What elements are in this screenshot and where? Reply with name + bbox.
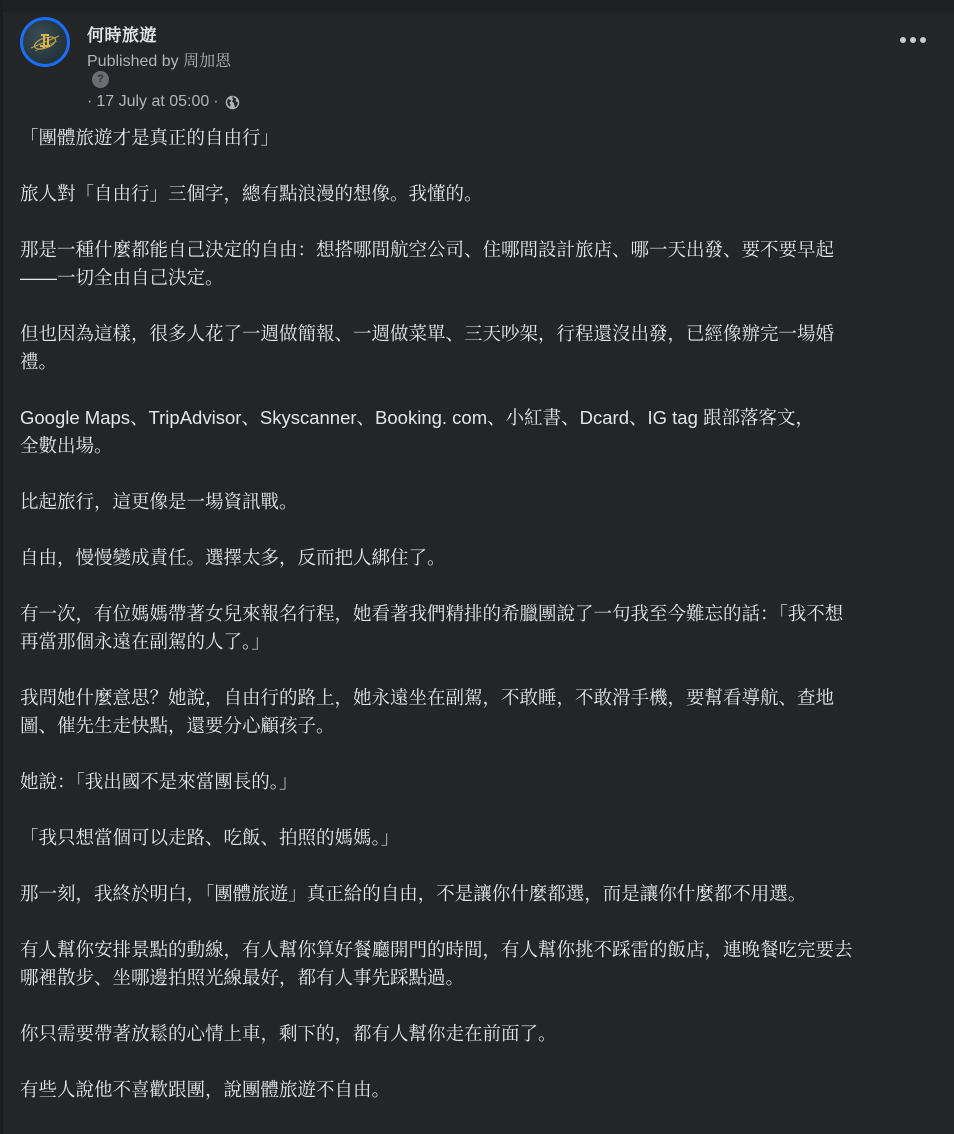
post-paragraph: 我問她什麼意思？她說，自由行的路上，她永遠坐在副駕，不敢睡，不敢滑手機，要幫看導…	[20, 684, 935, 740]
separator-dot: ·	[87, 93, 92, 111]
post-paragraph: 有人幫你安排景點的動線，有人幫你算好餐廳開門的時間，有人幫你挑不踩雷的飯店，連晚…	[20, 936, 935, 992]
published-by-label[interactable]: Published by 周加恩	[87, 48, 231, 71]
post-paragraph: 你只需要帶著放鬆的心情上車，剩下的，都有人幫你走在前面了。	[20, 1020, 935, 1048]
post-paragraph: 比起旅行，這更像是一場資訊戰。	[20, 488, 935, 516]
post-paragraph: 那一刻，我終於明白，「團體旅遊」真正給的自由，不是讓你什麼都選，而是讓你什麼都不…	[20, 880, 935, 908]
post-paragraph: 那是一種什麼都能自己決定的自由：想搭哪間航空公司、住哪間設計旅店、哪一天出發、要…	[20, 236, 935, 292]
more-options-icon	[920, 37, 926, 43]
post-paragraph: Google Maps、TripAdvisor、Skyscanner、Booki…	[20, 404, 935, 460]
separator-dot: ·	[213, 93, 218, 111]
post-paragraph: 但也因為這樣，很多人花了一週做簡報、一週做菜單、三天吵架，行程還沒出發，已經像辦…	[20, 320, 935, 376]
post-paragraph: 有些人說他不喜歡跟團，說團體旅遊不自由。	[20, 1076, 935, 1104]
facebook-post: 何時旅遊 Published by 周加恩 ? · 17 July at 05:…	[3, 12, 954, 1134]
window-top-edge	[0, 0, 954, 12]
globe-icon[interactable]	[225, 95, 240, 110]
post-timestamp[interactable]: 17 July at 05:00	[96, 93, 209, 111]
post-paragraph: 旅人對「自由行」三個字，總有點浪漫的想像。我懂的。	[20, 180, 935, 208]
help-icon[interactable]: ?	[92, 71, 109, 88]
page-logo-icon	[23, 20, 67, 64]
post-body: 「團體旅遊才是真正的自由行」 旅人對「自由行」三個字，總有點浪漫的想像。我懂的。…	[20, 124, 935, 1132]
more-options-button[interactable]	[900, 32, 926, 48]
post-header: 何時旅遊 Published by 周加恩 ? · 17 July at 05:…	[3, 12, 954, 122]
post-paragraph: 她說：「我出國不是來當團長的。」	[20, 768, 935, 796]
post-paragraph: 「我只想當個可以走路、吃飯、拍照的媽媽。」	[20, 824, 935, 852]
post-paragraph: 有一次，有位媽媽帶著女兒來報名行程，她看著我們精排的希臘團說了一句我至今難忘的話…	[20, 600, 935, 656]
more-options-icon	[910, 37, 916, 43]
page-name-link[interactable]: 何時旅遊	[87, 21, 157, 46]
post-paragraph: 自由，慢慢變成責任。選擇太多，反而把人綁住了。	[20, 544, 935, 572]
more-options-icon	[900, 37, 906, 43]
post-meta: · 17 July at 05:00 ·	[87, 93, 240, 111]
page-avatar[interactable]	[20, 17, 70, 67]
post-title-paragraph: 「團體旅遊才是真正的自由行」	[20, 124, 935, 152]
